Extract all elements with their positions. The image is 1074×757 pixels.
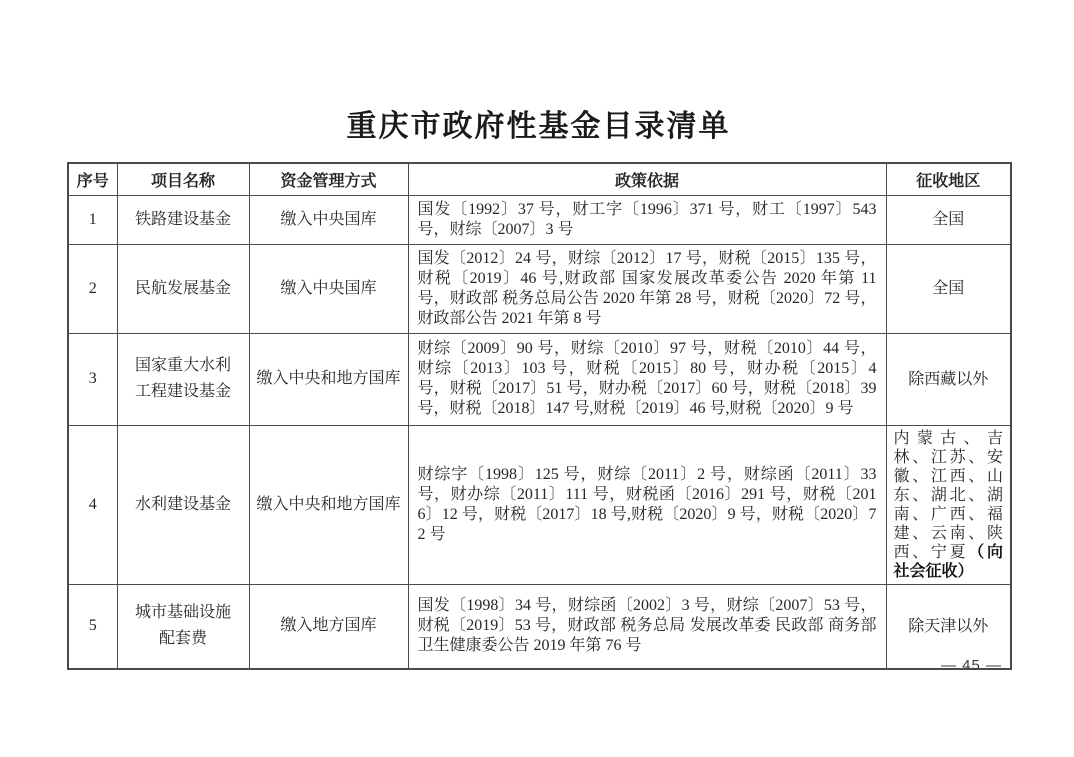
row-serial-cell: 1 (68, 195, 117, 244)
row-serial-cell: 5 (68, 584, 117, 669)
region-cell: 内蒙古、吉林、江苏、安徽、江西、山东、湖北、湖南、广西、福建、云南、陕西、宁夏（… (886, 425, 1011, 584)
fund-table-header: 序号 项目名称 资金管理方式 政策依据 征收地区 (68, 163, 1011, 195)
policy-basis-cell: 国发〔1998〕34 号，财综函〔2002〕3 号，财综〔2007〕53 号，财… (408, 584, 886, 669)
column-header-region: 征收地区 (886, 163, 1011, 195)
region-bold-note: （向社会征收） (894, 544, 1003, 580)
row-serial-cell: 4 (68, 425, 117, 584)
policy-basis-cell: 财综字〔1998〕125 号，财综〔2011〕2 号，财综函〔2011〕33 号… (408, 425, 886, 584)
table-row: 1铁路建设基金缴入中央国库国发〔1992〕37 号，财工字〔1996〕371 号… (68, 195, 1011, 244)
row-serial-cell: 3 (68, 333, 117, 425)
table-row: 3国家重大水利工程建设基金缴入中央和地方国库财综〔2009〕90 号，财综〔20… (68, 333, 1011, 425)
region-cell: 全国 (886, 244, 1011, 333)
management-cell: 缴入中央和地方国库 (249, 425, 408, 584)
column-header-serial: 序号 (68, 163, 117, 195)
project-name-cell: 水利建设基金 (117, 425, 249, 584)
column-header-management: 资金管理方式 (249, 163, 408, 195)
table-row: 4水利建设基金缴入中央和地方国库财综字〔1998〕125 号，财综〔2011〕2… (68, 425, 1011, 584)
column-header-name: 项目名称 (117, 163, 249, 195)
management-cell: 缴入中央国库 (249, 244, 408, 333)
page-number: — 45 — (941, 657, 1002, 674)
project-name-cell: 国家重大水利工程建设基金 (117, 333, 249, 425)
region-cell: 除西藏以外 (886, 333, 1011, 425)
region-cell: 全国 (886, 195, 1011, 244)
policy-basis-cell: 财综〔2009〕90 号，财综〔2010〕97 号，财税〔2010〕44 号，财… (408, 333, 886, 425)
fund-table-body: 1铁路建设基金缴入中央国库国发〔1992〕37 号，财工字〔1996〕371 号… (68, 195, 1011, 669)
page-title: 重庆市政府性基金目录清单 (67, 0, 1010, 146)
policy-basis-cell: 国发〔1992〕37 号，财工字〔1996〕371 号，财工〔1997〕543 … (408, 195, 886, 244)
fund-table: 序号 项目名称 资金管理方式 政策依据 征收地区 1铁路建设基金缴入中央国库国发… (67, 162, 1012, 670)
table-row: 2民航发展基金缴入中央国库国发〔2012〕24 号，财综〔2012〕17 号，财… (68, 244, 1011, 333)
project-name-cell: 城市基础设施配套费 (117, 584, 249, 669)
management-cell: 缴入地方国库 (249, 584, 408, 669)
row-serial-cell: 2 (68, 244, 117, 333)
management-cell: 缴入中央国库 (249, 195, 408, 244)
header-row: 序号 项目名称 资金管理方式 政策依据 征收地区 (68, 163, 1011, 195)
table-row: 5城市基础设施配套费缴入地方国库国发〔1998〕34 号，财综函〔2002〕3 … (68, 584, 1011, 669)
management-cell: 缴入中央和地方国库 (249, 333, 408, 425)
project-name-cell: 民航发展基金 (117, 244, 249, 333)
policy-basis-cell: 国发〔2012〕24 号，财综〔2012〕17 号，财税〔2015〕135 号，… (408, 244, 886, 333)
column-header-policy: 政策依据 (408, 163, 886, 195)
project-name-cell: 铁路建设基金 (117, 195, 249, 244)
document-page: 重庆市政府性基金目录清单 序号 项目名称 资金管理方式 政策依据 征收地区 1铁… (0, 0, 1074, 757)
